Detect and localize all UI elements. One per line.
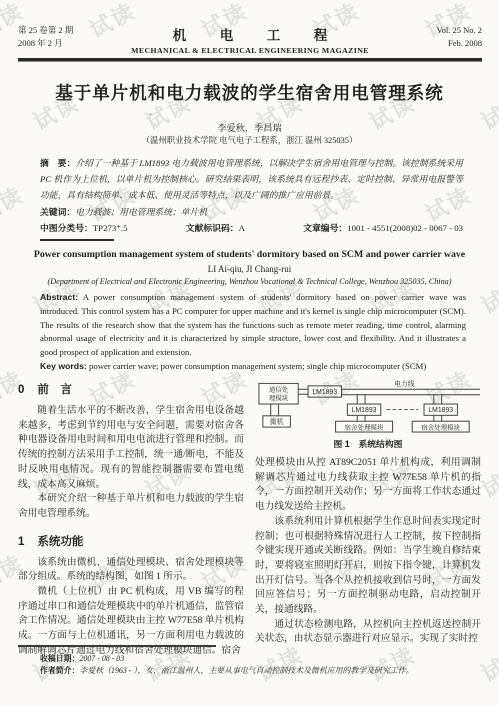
clc-number: 中图分类号：TP273⁺.5 xyxy=(40,220,128,236)
section-heading-0: 0前 言 xyxy=(18,381,244,397)
footnote-divider xyxy=(18,645,216,647)
system-structure-diagram: 电力线 通信处 理模块 LM1893 xyxy=(255,378,481,434)
figure-system-structure: 电力线 通信处 理模块 LM1893 xyxy=(255,378,481,450)
abstract-en-label: Abstract: xyxy=(40,292,78,302)
paragraph: 本研究介绍一种基于单片机和电力载波的学生宿舍用电管理系统。 xyxy=(18,492,244,521)
dorm-module-label-2: 宿舍处理模块 xyxy=(421,422,460,431)
issue-date: 2008 年 2 月 xyxy=(18,37,110,50)
footnote-received: 收稿日期：2007 - 08 - 03 xyxy=(18,653,482,666)
authors-en: LI Ai-qiu, JI Chang-rui xyxy=(0,264,499,274)
lm1893-label-3: LM1893 xyxy=(428,407,453,414)
figure-caption: 图 1 系统结构图 xyxy=(255,437,481,450)
paragraph: 随着生活水平的不断改善，学生宿舍用电设备越来越多，考虑到节约用电与安全问题，需要… xyxy=(18,404,244,492)
article-number-label: 文章编号： xyxy=(303,223,347,233)
article-title-en: Power consumption management system of s… xyxy=(8,249,491,260)
footnote-author-bio: 作者简介：李爱秋（1963 - ），女，浙江温州人，主要从事电气自动控制技术及微… xyxy=(18,665,482,678)
keywords-en-line: Key words: power carrier wave; power con… xyxy=(40,360,466,374)
header-rule xyxy=(18,58,482,62)
page: 试读试读试读试读试读试读试读试读试读试读试读试读试读试读试读试读试读试读试读试读… xyxy=(0,0,499,706)
paragraph: 该系统利用计算机根据学生作息时间表实现定时控制；也可根据特殊情况进行人工控制，按… xyxy=(255,515,481,618)
power-line-label: 电力线 xyxy=(394,379,415,388)
article-page: 第 25 卷第 2 期 2008 年 2 月 机 电 工 程 MECHANICA… xyxy=(0,0,499,706)
affiliation-cn: （温州职业技术学院 电气电子工程系，浙江 温州 325035） xyxy=(0,134,499,146)
footnote-area: 收稿日期：2007 - 08 - 03 作者简介：李爱秋（1963 - ），女，… xyxy=(18,645,482,678)
author-bio-value: 李爱秋（1963 - ），女，浙江温州人，主要从事电气自动控制技术及微机应用的教… xyxy=(79,666,413,675)
comm-module-label-line2: 理模块 xyxy=(269,393,289,402)
section-heading-1: 1系统功能 xyxy=(18,533,244,549)
abstract-cn-paragraph: 摘 要：介绍了一种基于 LM1893 电力载波用电管理系统，以解决学生宿舍用电管… xyxy=(40,155,463,204)
vol-number: Vol. 25 No. 2 xyxy=(390,24,482,37)
abstract-cn-text: 介绍了一种基于 LM1893 电力载波用电管理系统，以解决学生宿舍用电管理与控制… xyxy=(40,158,463,200)
clc-label: 中图分类号： xyxy=(40,223,93,233)
paragraph: 通过状态检测电路，从控机向主控机返送控制开关状态，由状态显示器进行对应显示。实现… xyxy=(255,618,481,647)
document-code: 文献标识码：A xyxy=(186,220,245,236)
keywords-cn-text: 电力载波；用电管理系统；单片机 xyxy=(75,207,207,217)
comm-module-label-line1: 通信处 xyxy=(269,385,289,394)
paragraph: 处理模块由从控 AT89C2051 单片机构成，利用调制解调芯片通过电力线获取主… xyxy=(255,456,481,515)
document-code-value: A xyxy=(239,223,245,233)
authors-cn: 李爱秋，季昌瑞 xyxy=(0,120,499,134)
pc-label: 微机 xyxy=(270,417,284,426)
keywords-cn-line: 关键词：电力载波；用电管理系统；单片机 xyxy=(40,204,463,220)
section-0-number: 0 xyxy=(18,384,24,396)
abstract-cn-block: 摘 要：介绍了一种基于 LM1893 电力载波用电管理系统，以解决学生宿舍用电管… xyxy=(40,155,463,236)
paragraph: 该系统由微机、通信处理模块、宿舍处理模块等部分组成。系统的结构图，如图 1 所示… xyxy=(18,556,244,585)
journal-title-en: MECHANICAL & ELECTRICAL ENGINEERING MAGA… xyxy=(110,46,390,55)
journal-header: 第 25 卷第 2 期 2008 年 2 月 机 电 工 程 MECHANICA… xyxy=(18,24,482,55)
vol-date: Feb. 2008 xyxy=(390,37,482,50)
received-date-value: 2007 - 08 - 03 xyxy=(79,654,124,663)
article-title-cn: 基于单片机和电力载波的学生宿舍用电管理系统 xyxy=(0,80,499,105)
keywords-en-text: power carrier wave; power consumption ma… xyxy=(89,361,426,371)
body-columns: 0前 言 随着生活水平的不断改善，学生宿舍用电设备越来越多，考虑到节约用电与安全… xyxy=(18,377,482,659)
issue-info: 第 25 卷第 2 期 2008 年 2 月 xyxy=(18,24,110,50)
article-number: 文章编号：1001 - 4551(2008)02 - 0067 - 03 xyxy=(303,220,463,236)
section-0-title: 前 言 xyxy=(37,384,72,396)
abstract-en-block: Abstract: A power consumption management… xyxy=(40,291,466,374)
abstract-cn-label: 摘 要： xyxy=(40,158,75,168)
right-column: 电力线 通信处 理模块 LM1893 xyxy=(255,377,481,659)
section-1-number: 1 xyxy=(18,536,24,548)
affiliation-en: (Department of Electrical and Electronic… xyxy=(0,277,499,286)
journal-title-cn: 机 电 工 程 xyxy=(110,24,390,44)
title-footnote-rule xyxy=(40,239,114,241)
lm1893-label-2: LM1893 xyxy=(352,407,377,414)
vol-info: Vol. 25 No. 2 Feb. 2008 xyxy=(390,24,482,50)
section-1-title: 系统功能 xyxy=(37,536,83,548)
clc-value: TP273⁺.5 xyxy=(93,223,128,233)
issue-volume: 第 25 卷第 2 期 xyxy=(18,24,110,37)
author-bio-label: 作者简介： xyxy=(40,666,79,675)
journal-title: 机 电 工 程 MECHANICAL & ELECTRICAL ENGINEER… xyxy=(110,24,390,55)
article-number-value: 1001 - 4551(2008)02 - 0067 - 03 xyxy=(347,223,463,233)
dorm-module-label-1: 宿舍处理模块 xyxy=(345,422,384,431)
left-column: 0前 言 随着生活水平的不断改善，学生宿舍用电设备越来越多，考虑到节约用电与安全… xyxy=(18,377,244,659)
document-code-label: 文献标识码： xyxy=(186,223,239,233)
lm1893-label-1: LM1893 xyxy=(312,389,337,396)
abstract-en-text: A power consumption management system of… xyxy=(40,292,466,357)
abstract-en-paragraph: Abstract: A power consumption management… xyxy=(40,291,466,360)
article-meta-line: 中图分类号：TP273⁺.5 文献标识码：A 文章编号：1001 - 4551(… xyxy=(40,220,463,236)
received-date-label: 收稿日期： xyxy=(40,654,79,663)
keywords-cn-label: 关键词： xyxy=(40,207,75,217)
keywords-en-label: Key words: xyxy=(40,361,87,371)
